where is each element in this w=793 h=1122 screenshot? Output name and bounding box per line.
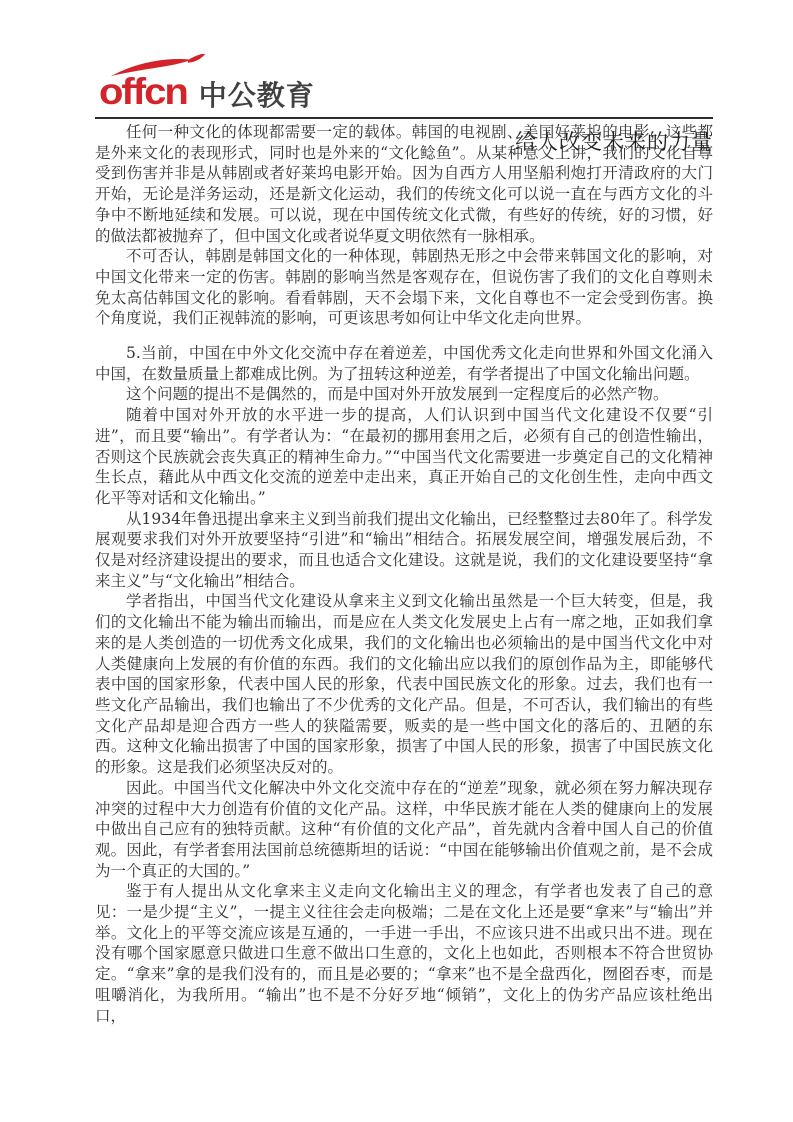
header-divider — [95, 117, 713, 119]
offcn-logo: offcn 中公教育 — [99, 54, 315, 112]
document-body: 任何一种文化的体现都需要一定的载体。韩国的电视剧、美国好莱坞的电影，这些都是外来… — [95, 122, 713, 1026]
logo-brand-name: 中公教育 — [199, 82, 315, 110]
paragraph: 这个问题的提出不是偶然的，而是中国对外开放发展到一定程度后的必然产物。 — [95, 384, 713, 405]
paragraph: 任何一种文化的体现都需要一定的载体。韩国的电视剧、美国好莱坞的电影，这些都是外来… — [95, 122, 713, 246]
header: offcn 中公教育 给人改变未来的力量 — [95, 54, 713, 118]
document-page: offcn 中公教育 给人改变未来的力量 任何一种文化的体现都需要一定的载体。韩… — [0, 0, 793, 1122]
paragraph: 不可否认，韩剧是韩国文化的一种体现，韩剧热无形之中会带来韩国文化的影响，对中国文… — [95, 246, 713, 329]
paragraph: 随着中国对外开放的水平进一步的提高，人们认识到中国当代文化建设不仅要“引进”，而… — [95, 405, 713, 509]
logo-wordmark: offcn — [99, 74, 187, 111]
paragraph: 鉴于有人提出从文化拿来主义走向文化输出主义的理念，有学者也发表了自己的意见：一是… — [95, 881, 713, 1026]
paragraph: 5.当前，中国在中外文化交流中存在着逆差，中国优秀文化走向世界和外国文化涌入中国… — [95, 343, 713, 384]
logo-wordmark-wrap: offcn — [99, 54, 187, 112]
paragraph: 学者指出，中国当代文化建设从拿来主义到文化输出虽然是一个巨大转变，但是，我们的文… — [95, 591, 713, 777]
paragraph: 从1934年鲁迅提出拿来主义到当前我们提出文化输出，已经整整过去80年了。科学发… — [95, 509, 713, 592]
paragraph: 因此。中国当代文化解决中外文化交流中存在的“逆差”现象，就必须在努力解决现存冲突… — [95, 778, 713, 882]
